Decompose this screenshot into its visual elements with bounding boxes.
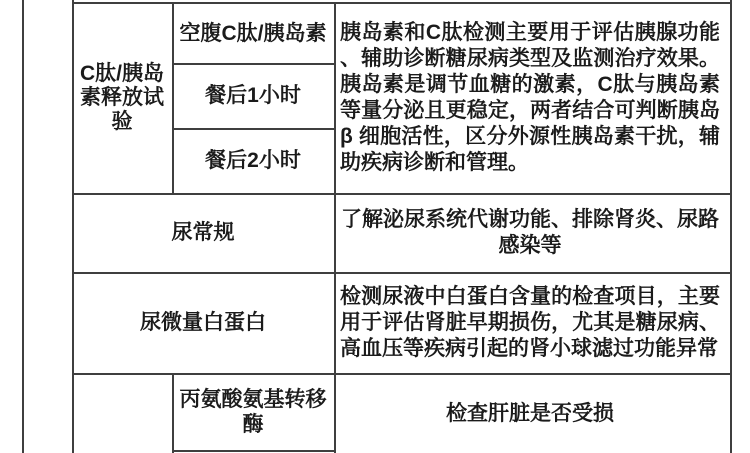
test-label: 尿常规 [73, 220, 333, 245]
subtest-cell-fasting-c-peptide-insulin: 空腹C肽/胰岛素 [173, 4, 333, 63]
subtest-cell-postprandial-2h: 餐后2小时 [173, 129, 333, 192]
test-label: 尿微量白蛋白 [73, 310, 333, 335]
subtest-label: 餐后1小时 [177, 83, 329, 108]
test-label: 丙氨酸氨基转移酶 [177, 387, 329, 437]
test-cell-urine-microalbumin: 尿微量白蛋白 [73, 273, 333, 372]
description-text: 检查肝脏是否受损 [340, 401, 720, 427]
medical-test-table: C肽/胰岛素释放试验 空腹C肽/胰岛素 餐后1小时 餐后2小时 胰岛素和C肽检测… [0, 0, 750, 453]
test-cell-urine-routine: 尿常规 [73, 194, 333, 271]
subtest-cell-postprandial-1h: 餐后1小时 [173, 64, 333, 127]
description-cell-alanine-aminotransferase: 检查肝脏是否受损 [335, 374, 730, 453]
subtest-label: 空腹C肽/胰岛素 [177, 21, 329, 46]
subtest-label: 餐后2小时 [177, 148, 329, 173]
description-cell-urine-routine: 了解泌尿系统代谢功能、排除肾炎、尿路感染等 [335, 194, 730, 271]
table-border-vertical-right [730, 0, 732, 453]
description-text: 了解泌尿系统代谢功能、排除肾炎、尿路感染等 [340, 207, 720, 259]
test-cell-alanine-aminotransferase: 丙氨酸氨基转移酶 [173, 374, 333, 449]
table-border-vertical-outer-left [22, 0, 24, 453]
description-text: 检测尿液中白蛋白含量的检查项目，主要用于评估肾脏早期损伤，尤其是糖尿病、高血压等… [340, 284, 720, 362]
category-label: C肽/胰岛素释放试验 [74, 62, 170, 134]
description-cell-c-peptide-insulin: 胰岛素和C肽检测主要用于评估胰腺功能、辅助诊断糖尿病类型及监测治疗效果。胰岛素是… [335, 4, 730, 192]
category-cell-c-peptide-insulin-release-test: C肽/胰岛素释放试验 [73, 4, 171, 192]
table-border-row-divider-4 [172, 450, 335, 452]
description-text: 胰岛素和C肽检测主要用于评估胰腺功能、辅助诊断糖尿病类型及监测治疗效果。胰岛素是… [340, 20, 720, 176]
description-cell-urine-microalbumin: 检测尿液中白蛋白含量的检查项目，主要用于评估肾脏早期损伤，尤其是糖尿病、高血压等… [335, 273, 730, 372]
